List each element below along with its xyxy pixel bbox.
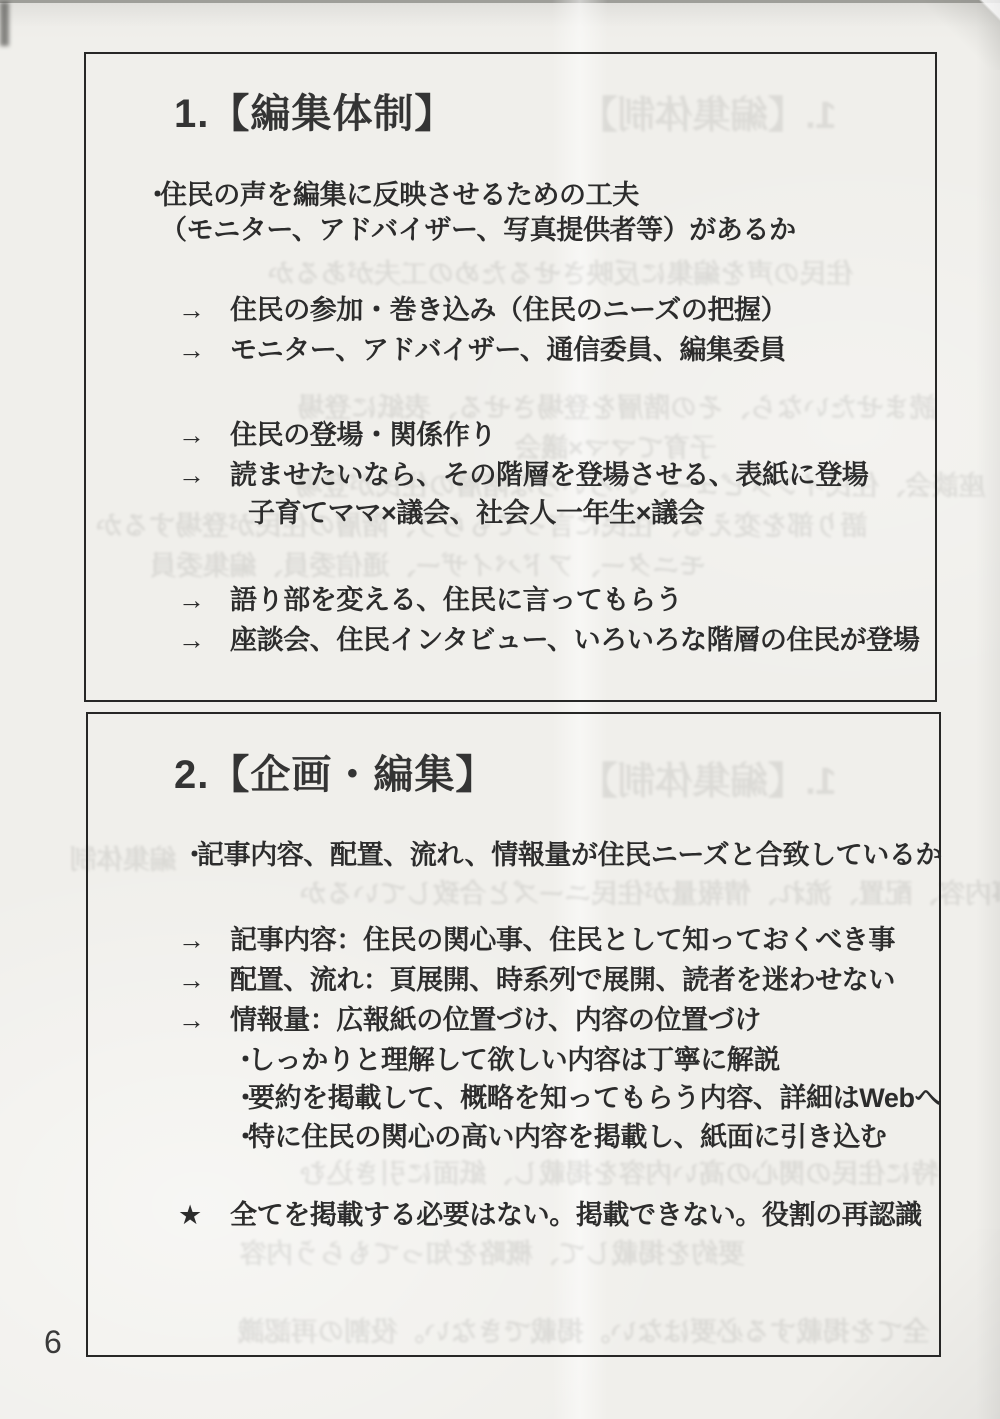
arrow-icon: → bbox=[178, 965, 230, 996]
line-text: 座談会、住民インタビュー、いろいろな階層の住民が登場 bbox=[230, 625, 919, 656]
section-2-title: 2.【企画・編集】 bbox=[174, 743, 496, 800]
arrow-line: → 配置、流れ：頁展開、時系列で展開、読者を迷わせない bbox=[178, 965, 895, 996]
sub-bullet-line: ・ 要約を掲載して、概略を知ってもらう内容、詳細はWebへ bbox=[232, 1083, 941, 1114]
line-text: 配置、流れ：頁展開、時系列で展開、読者を迷わせない bbox=[230, 965, 895, 996]
line-text: 住民の声を編集に反映させるための工夫 bbox=[160, 180, 639, 211]
lead-continuation-line: （モニター、アドバイザー、写真提供者等）があるか bbox=[160, 215, 796, 246]
section-planning-editing: 2.【企画・編集】 ・ 記事内容、配置、流れ、情報量が住民ニーズと合致しているか… bbox=[86, 712, 941, 1357]
arrow-icon: → bbox=[178, 1005, 230, 1036]
page-number: 6 bbox=[44, 1324, 62, 1361]
sub-bullet-line: ・ 特に住民の関心の高い内容を掲載し、紙面に引き込む bbox=[232, 1122, 886, 1153]
arrow-line: → 情報量：広報紙の位置づけ、内容の位置づけ bbox=[178, 1005, 761, 1036]
line-text: 記事内容、配置、流れ、情報量が住民ニーズと合致しているか bbox=[197, 840, 942, 871]
arrow-line: → 座談会、住民インタビュー、いろいろな階層の住民が登場 bbox=[178, 625, 919, 656]
line-text: 要約を掲載して、概略を知ってもらう内容、詳細はWebへ bbox=[248, 1083, 941, 1114]
arrow-icon: → bbox=[178, 295, 230, 326]
scan-top-shadow bbox=[0, 3, 1000, 27]
section-1-title: 1.【編集体制】 bbox=[174, 82, 455, 139]
arrow-line: → 記事内容：住民の関心事、住民として知っておくべき事 bbox=[178, 925, 895, 956]
arrow-icon: → bbox=[178, 335, 230, 366]
scan-smudge bbox=[0, 2, 9, 46]
line-text: モニター、アドバイザー、通信委員、編集委員 bbox=[230, 335, 786, 366]
bullet-marker: ・ bbox=[144, 180, 160, 211]
arrow-icon: → bbox=[178, 925, 230, 956]
bullet-marker: ・ bbox=[232, 1122, 248, 1153]
arrow-line: → モニター、アドバイザー、通信委員、編集委員 bbox=[178, 335, 786, 366]
star-icon: ★ bbox=[178, 1200, 230, 1231]
line-text: 読ませたいなら、その階層を登場させる、表紙に登場 bbox=[230, 460, 868, 491]
scan-right-shadow bbox=[976, 0, 1000, 1419]
bullet-marker: ・ bbox=[181, 840, 197, 871]
line-text: （モニター、アドバイザー、写真提供者等）があるか bbox=[160, 215, 796, 246]
line-text: 住民の参加・巻き込み（住民のニーズの把握） bbox=[230, 295, 787, 326]
line-text: 特に住民の関心の高い内容を掲載し、紙面に引き込む bbox=[248, 1122, 886, 1153]
line-text: 住民の登場・関係作り bbox=[230, 420, 496, 451]
arrow-icon: → bbox=[178, 585, 230, 616]
arrow-icon: → bbox=[178, 460, 230, 491]
continuation-line: 子育てママ×議会、社会人一年生×議会 bbox=[248, 498, 704, 529]
star-line: ★ 全てを掲載する必要はない。掲載できない。役割の再認識 bbox=[178, 1200, 922, 1231]
line-text: 全てを掲載する必要はない。掲載できない。役割の再認識 bbox=[230, 1200, 922, 1231]
arrow-line: → 住民の参加・巻き込み（住民のニーズの把握） bbox=[178, 295, 787, 326]
lead-bullet-line: ・ 記事内容、配置、流れ、情報量が住民ニーズと合致しているか bbox=[181, 840, 942, 871]
line-text: しっかりと理解して欲しい内容は丁寧に解説 bbox=[248, 1045, 780, 1076]
line-text: 情報量：広報紙の位置づけ、内容の位置づけ bbox=[230, 1005, 761, 1036]
line-text: 語り部を変える、住民に言ってもらう bbox=[230, 585, 682, 616]
arrow-line: → 読ませたいなら、その階層を登場させる、表紙に登場 bbox=[178, 460, 868, 491]
arrow-icon: → bbox=[178, 625, 230, 656]
bullet-marker: ・ bbox=[232, 1083, 248, 1114]
arrow-line: → 住民の登場・関係作り bbox=[178, 420, 496, 451]
sub-bullet-line: ・ しっかりと理解して欲しい内容は丁寧に解説 bbox=[232, 1045, 780, 1076]
line-text: 子育てママ×議会、社会人一年生×議会 bbox=[248, 498, 704, 529]
bullet-marker: ・ bbox=[232, 1045, 248, 1076]
scanned-document-page: 1.【編集体制】 住民の声を編集に反映させるための工夫があるか 読ませたいなら、… bbox=[0, 0, 1000, 1419]
lead-bullet-line: ・ 住民の声を編集に反映させるための工夫 bbox=[144, 180, 639, 211]
line-text: 記事内容：住民の関心事、住民として知っておくべき事 bbox=[230, 925, 895, 956]
arrow-line: → 語り部を変える、住民に言ってもらう bbox=[178, 585, 682, 616]
section-editorial-structure: 1.【編集体制】 ・ 住民の声を編集に反映させるための工夫 （モニター、アドバイ… bbox=[84, 52, 937, 702]
arrow-icon: → bbox=[178, 420, 230, 451]
